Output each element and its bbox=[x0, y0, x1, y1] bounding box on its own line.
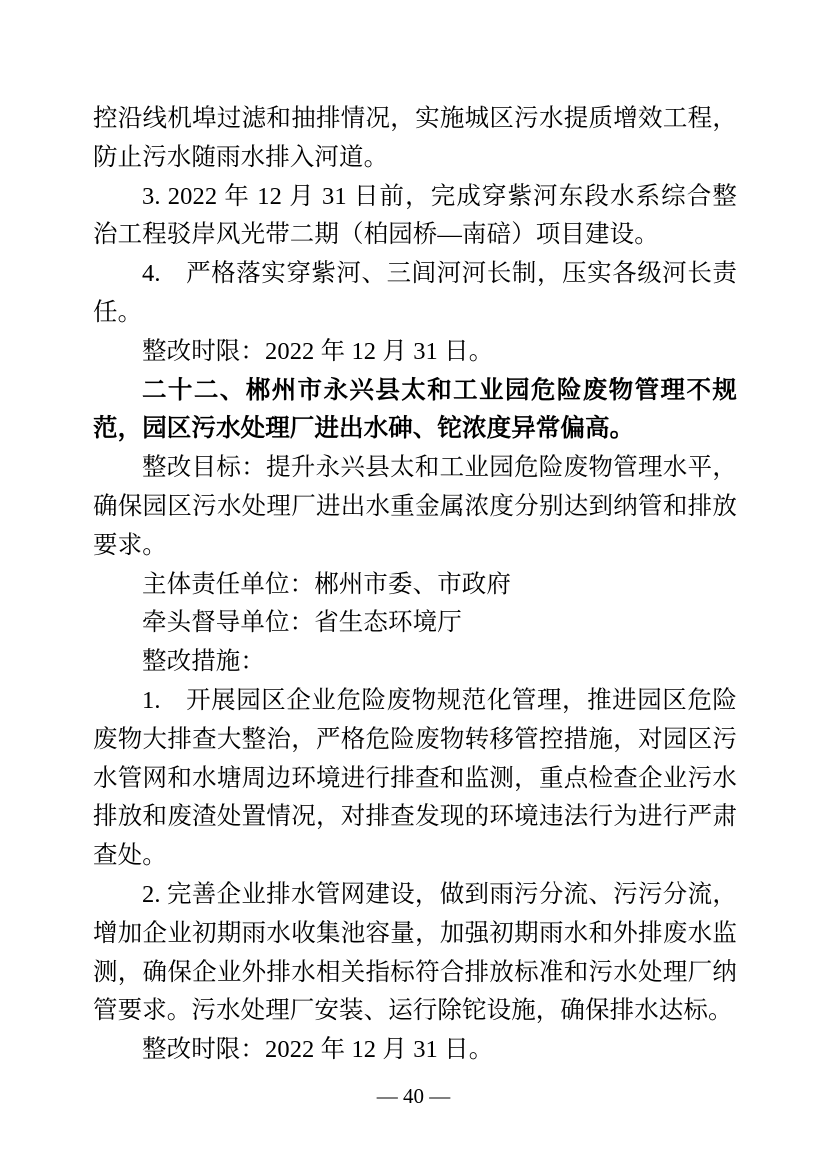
paragraph: 2. 完善企业排水管网建设，做到雨污分流、污污分流，增加企业初期雨水收集池容量，… bbox=[93, 876, 737, 1031]
paragraph: 牵头督导单位：省生态环境厅 bbox=[93, 604, 737, 643]
paragraph: 整改措施： bbox=[93, 643, 737, 682]
paragraph: 4. 严格落实穿紫河、三闾河河长制，压实各级河长责任。 bbox=[93, 255, 737, 333]
page-footer: — 40 — bbox=[0, 1083, 827, 1109]
paragraph: 二十二、郴州市永兴县太和工业园危险废物管理不规范，园区污水处理厂进出水砷、铊浓度… bbox=[93, 372, 737, 450]
paragraph: 整改时限：2022 年 12 月 31 日。 bbox=[93, 1031, 737, 1070]
paragraph: 整改时限：2022 年 12 月 31 日。 bbox=[93, 333, 737, 372]
page-number: — 40 — bbox=[377, 1084, 451, 1108]
paragraph: 整改目标：提升永兴县太和工业园危险废物管理水平，确保园区污水处理厂进出水重金属浓… bbox=[93, 449, 737, 565]
document-page: 控沿线机埠过滤和抽排情况，实施城区污水提质增效工程，防止污水随雨水排入河道。3.… bbox=[0, 0, 827, 1169]
paragraph: 1. 开展园区企业危险废物规范化管理，推进园区危险废物大排查大整治，严格危险废物… bbox=[93, 682, 737, 876]
document-body: 控沿线机埠过滤和抽排情况，实施城区污水提质增效工程，防止污水随雨水排入河道。3.… bbox=[93, 100, 737, 1070]
paragraph: 3. 2022 年 12 月 31 日前，完成穿紫河东段水系综合整治工程驳岸风光… bbox=[93, 178, 737, 256]
paragraph: 主体责任单位：郴州市委、市政府 bbox=[93, 566, 737, 605]
paragraph: 控沿线机埠过滤和抽排情况，实施城区污水提质增效工程，防止污水随雨水排入河道。 bbox=[93, 100, 737, 178]
